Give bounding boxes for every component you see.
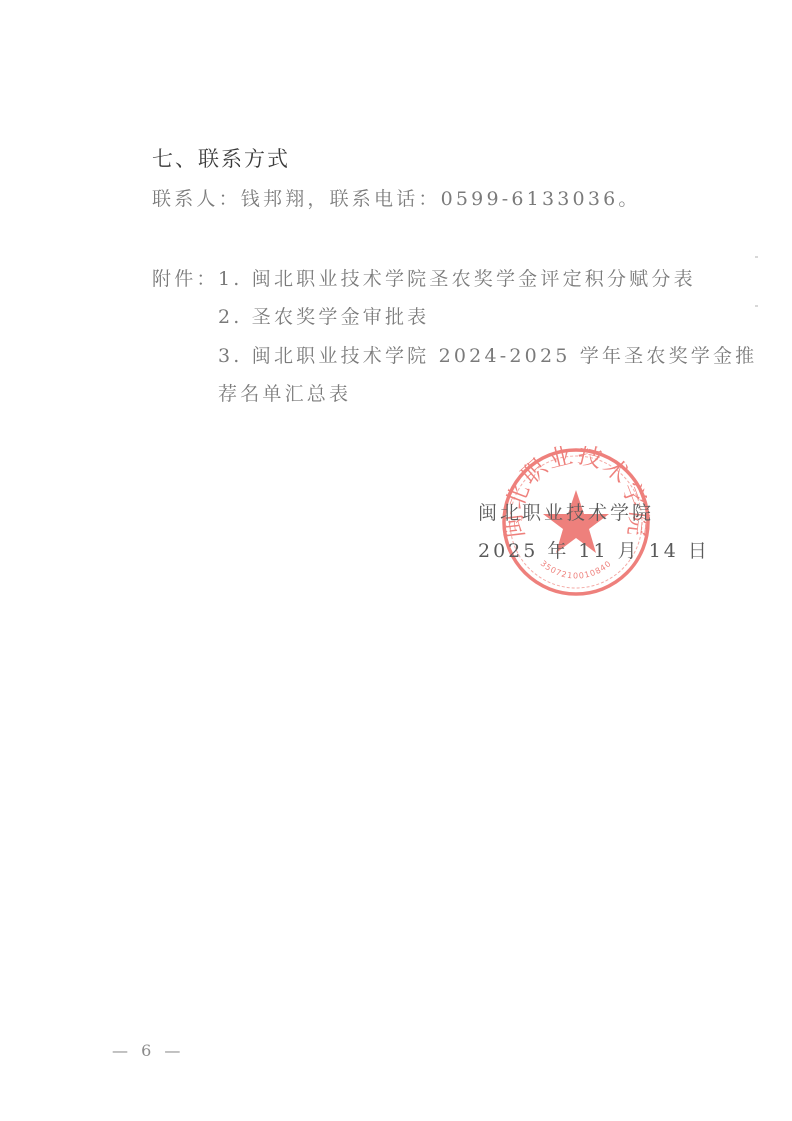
attachment-item-3: 3. 闽北职业技术学院 2024-2025 学年圣农奖学金推 [218, 341, 757, 368]
signature-organization: 闽北职业技术学院 [478, 498, 654, 525]
signature-date: 2025 年 11 月 14 日 [478, 536, 710, 563]
attachments-label: 附件： [152, 264, 219, 291]
contact-line: 联系人：钱邦翔，联系电话：0599-6133036。 [152, 184, 641, 211]
attachment-item-2: 2. 圣农奖学金审批表 [218, 302, 429, 329]
document-page: 七、联系方式 联系人：钱邦翔，联系电话：0599-6133036。 附件： 1.… [0, 0, 792, 1121]
scan-speck [755, 305, 758, 307]
attachment-item-1: 1. 闽北职业技术学院圣农奖学金评定积分赋分表 [218, 264, 696, 291]
page-number: — 6 — [112, 1041, 184, 1060]
scan-speck [755, 256, 758, 258]
attachment-item-3-continued: 荐名单汇总表 [218, 379, 351, 406]
section-heading: 七、联系方式 [152, 143, 290, 173]
